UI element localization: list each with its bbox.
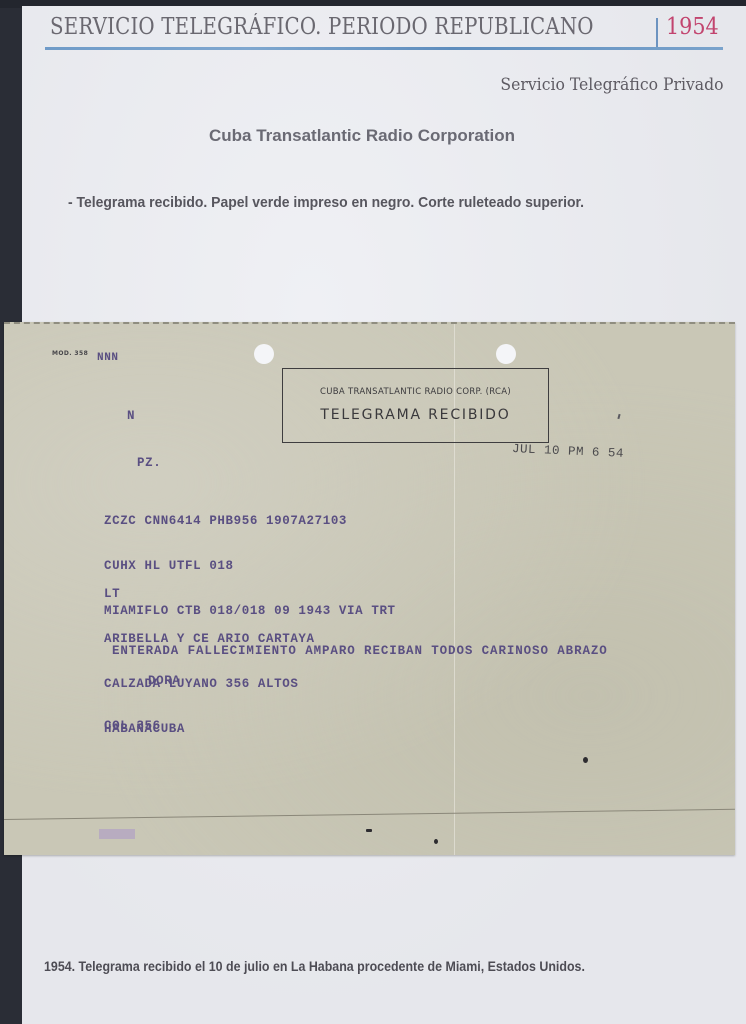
form-number: MOD. 358 [52,350,88,357]
page-year: 1954 [666,14,719,40]
address-line: CALZADA LUYANO 356 ALTOS [104,677,315,692]
typed-pz: PZ. [137,456,161,471]
company-name: Cuba Transatlantic Radio Corporation [209,126,515,146]
punch-hole [254,344,274,364]
routing-line: ZCZC CNN6414 PHB956 1907A27103 [104,514,396,529]
signature: DORA [148,674,180,689]
purple-ink-mark [99,829,135,839]
ink-spot [583,757,588,763]
item-description: - Telegrama recibido. Papel verde impres… [68,194,584,211]
item-caption: 1954. Telegrama recibido el 10 de julio … [44,959,585,974]
telegram-document: MOD. 358 NNN CUBA TRANSATLANTIC RADIO CO… [4,322,735,855]
address-block: LT ARIBELLA Y CE ARIO CARTAYA CALZADA LU… [104,557,315,767]
service-type-heading: Servicio Telegráfico Privado [501,75,724,95]
collation: COL 356 [104,719,161,734]
stamp-company: CUBA TRANSATLANTIC RADIO CORP. (RCA) [283,387,548,397]
header-stamp-box: CUBA TRANSATLANTIC RADIO CORP. (RCA) TEL… [282,368,549,443]
title-divider [656,18,658,48]
title-underline [45,47,723,50]
page-title: SERVICIO TELEGRÁFICO. PERIODO REPUBLICAN… [50,14,594,40]
typed-n: N [127,409,135,424]
address-line: LT [104,587,315,602]
fold-crease-horizontal [4,809,735,820]
ink-spot [434,839,438,844]
received-time-stamp: JUL 10 PM 6 54 [512,442,625,461]
stamp-title: TELEGRAMA RECIBIDO [283,407,548,423]
ink-spot [366,829,372,832]
ink-mark [617,414,620,419]
typed-code: NNN [97,351,119,366]
message-text: ENTERADA FALLECIMIENTO AMPARO RECIBAN TO… [112,644,608,659]
punch-hole [496,344,516,364]
